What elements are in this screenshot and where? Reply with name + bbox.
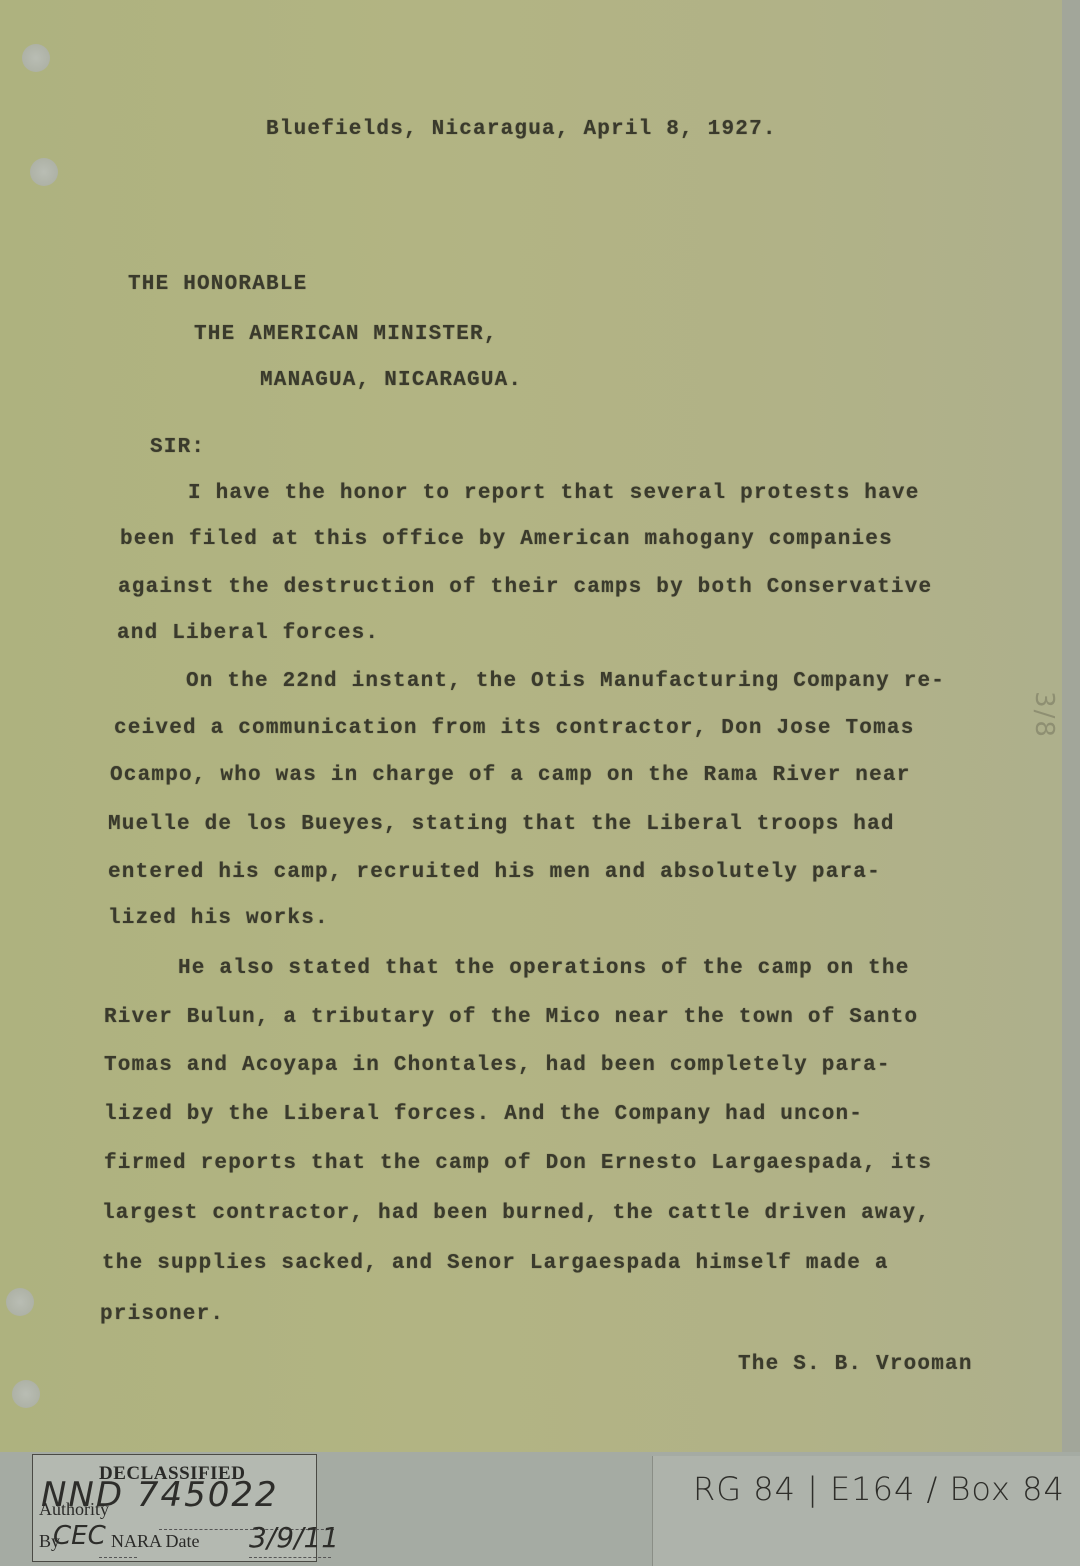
stamp-agency-label: NARA <box>111 1531 161 1551</box>
body-line: entered his camp, recruited his men and … <box>108 861 881 884</box>
archive-label: RG 84 | E164 / Box 84 <box>652 1456 1080 1566</box>
body-line: the supplies sacked, and Senor Largaespa… <box>102 1252 889 1275</box>
address-line-3: MANAGUA, NICARAGUA. <box>260 369 522 392</box>
body-line: lized his works. <box>108 907 329 930</box>
letter-page: Bluefields, Nicaragua, April 8, 1927. TH… <box>0 0 1062 1452</box>
stamp-date-value: 3/9/11 <box>249 1521 339 1554</box>
footer-reference: The S. B. Vrooman <box>738 1353 973 1376</box>
body-line: been filed at this office by American ma… <box>120 528 893 551</box>
address-line-1: THE HONORABLE <box>128 273 307 296</box>
stamp-by-line <box>99 1557 137 1558</box>
punch-hole <box>6 1288 34 1316</box>
body-line: and Liberal forces. <box>117 622 379 645</box>
declassification-stamp: DECLASSIFIED Authority NND 745022 By CEC… <box>32 1454 317 1562</box>
body-line: I have the honor to report that several … <box>188 482 920 505</box>
body-line: firmed reports that the camp of Don Erne… <box>104 1152 932 1175</box>
body-line: He also stated that the operations of th… <box>178 957 910 980</box>
body-line: largest contractor, had been burned, the… <box>102 1202 930 1225</box>
body-line: Muelle de los Bueyes, stating that the L… <box>108 813 895 836</box>
stamp-authority-value: NND 745022 <box>41 1475 279 1515</box>
punch-hole <box>12 1380 40 1408</box>
body-line: prisoner. <box>100 1303 224 1326</box>
body-line: On the 22nd instant, the Otis Manufactur… <box>186 670 945 693</box>
salutation: SIR: <box>150 436 205 459</box>
body-line: lized by the Liberal forces. And the Com… <box>104 1103 863 1126</box>
body-line: against the destruction of their camps b… <box>118 576 932 599</box>
body-line: ceived a communication from its contract… <box>114 717 915 740</box>
stamp-date-line <box>249 1557 331 1558</box>
body-line: Tomas and Acoyapa in Chontales, had been… <box>104 1054 891 1077</box>
dateline: Bluefields, Nicaragua, April 8, 1927. <box>266 118 777 141</box>
body-line: Ocampo, who was in charge of a camp on t… <box>110 764 911 787</box>
archive-label-text: RG 84 | E164 / Box 84 <box>693 1470 1065 1508</box>
address-line-2: THE AMERICAN MINISTER, <box>194 323 498 346</box>
margin-pencil-mark: 3/8 <box>1029 691 1059 739</box>
punch-hole <box>30 158 58 186</box>
stamp-by-value: CEC <box>53 1521 106 1551</box>
background-strip <box>1062 0 1080 1452</box>
stamp-date-label: Date <box>166 1531 200 1551</box>
punch-hole <box>22 44 50 72</box>
stamp-agency-date-label: NARA Date <box>111 1531 200 1552</box>
body-line: River Bulun, a tributary of the Mico nea… <box>104 1006 918 1029</box>
